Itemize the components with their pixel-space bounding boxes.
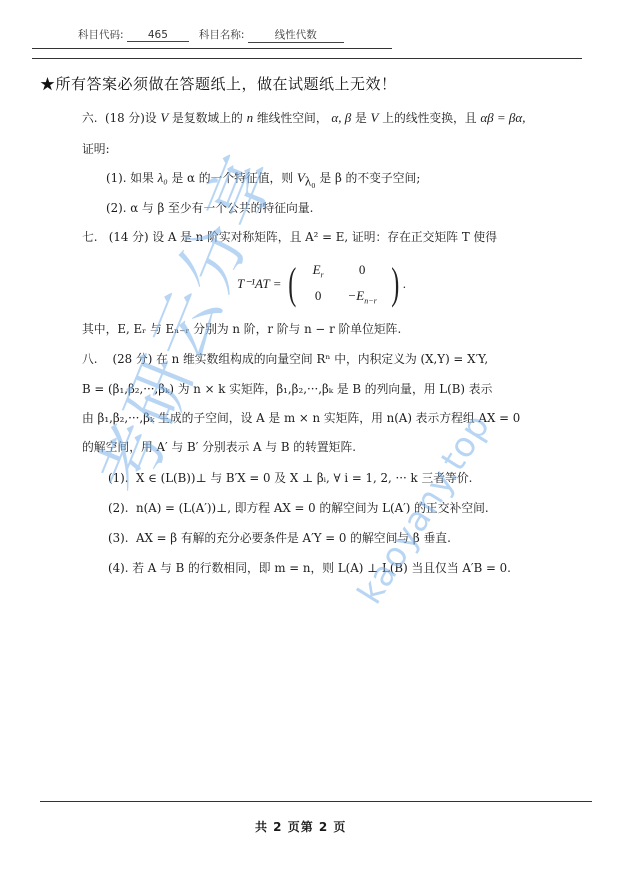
left-paren-icon: ( <box>289 262 297 306</box>
eq-lhs: T⁻¹AT = <box>237 276 281 292</box>
q7-matrix-equation: T⁻¹AT = ( Er00−En−r ) . <box>237 262 406 306</box>
q8-line-2: B = (β₁,β₂,···,βₖ) 为 n × k 实矩阵，β₁,β₂,···… <box>82 380 492 397</box>
subject-name-value: 线性代数 <box>248 27 344 43</box>
q6-text: 设 <box>145 111 161 125</box>
item-text: 如果 <box>130 171 157 185</box>
q7-note: 其中，E, Eᵣ 与 Eₙ₋ᵣ 分别为 n 阶，r 阶与 n − r 阶单位矩阵… <box>82 320 401 337</box>
item-text: 是 α 的一个特征值，则 <box>168 171 297 185</box>
item-label: (1). <box>108 471 128 485</box>
q6-prove: 证明: <box>82 140 110 157</box>
matrix: Er00−En−r <box>300 262 388 305</box>
item-text: 是 β 的不变子空间; <box>316 171 421 185</box>
math-symbol: λ₀ <box>158 170 168 185</box>
subject-code-value: 465 <box>127 29 189 42</box>
item-text: X ∈ (L(B))⊥ 与 B′X = 0 及 X ⊥ βᵢ, ∀ i = 1,… <box>136 471 472 485</box>
item-label: (2). <box>106 201 126 215</box>
eq-end: . <box>403 276 406 292</box>
header-underline <box>32 48 392 49</box>
item-text: n(A) = (L(A′))⊥, 即方程 AX = 0 的解空间为 L(A′) … <box>136 501 489 515</box>
q6-text: 维线性空间， <box>253 111 328 125</box>
item-text: AX = β 有解的充分必要条件是 A′Y = 0 的解空间与 β 垂直. <box>136 531 451 545</box>
item-label: (4). <box>108 561 128 575</box>
q6-commute-eq: αβ = βα, <box>480 110 525 125</box>
q8-line-1: 八. (28 分) 在 n 维实数组构成的向量空间 Rⁿ 中，内积定义为 (X,… <box>82 350 488 367</box>
q8-points: (28 分) <box>113 352 153 366</box>
q8-item-4: (4). 若 A 与 B 的行数相同，即 m = n，则 L(A) ⊥ L(B)… <box>108 559 511 576</box>
q6-stem: 六. (18 分)设 V 是复数域上的 n 维线性空间， α, β 是 V 上的… <box>82 109 525 126</box>
page-indicator: 共 2 页第 2 页 <box>255 818 346 835</box>
item-label: (2). <box>108 501 128 515</box>
q6-number: 六. <box>82 111 98 125</box>
q6-text: 是 <box>351 111 370 125</box>
q8-item-3: (3). AX = β 有解的充分必要条件是 A′Y = 0 的解空间与 β 垂… <box>108 529 451 546</box>
q7-text: 设 A 是 n 阶实对称矩阵，且 A² = E, 证明：存在正交矩阵 T 使得 <box>152 230 497 244</box>
q6-text: 上的线性变换，且 <box>378 111 480 125</box>
footer-divider <box>40 801 592 802</box>
q7-points: (14 分) <box>109 230 149 244</box>
right-paren-icon: ) <box>391 262 399 306</box>
q6-item-2: (2). α 与 β 至少有一个公共的特征向量. <box>106 199 313 216</box>
exam-header: 科目代码: 465 科目名称: 线性代数 <box>78 27 344 43</box>
exam-page: 科目代码: 465 科目名称: 线性代数 ★所有答案必须做在答题纸上，做在试题纸… <box>0 0 632 869</box>
q6-item-1: (1). 如果 λ₀ 是 α 的一个特征值，则 Vλ₀ 是 β 的不变子空间; <box>106 169 420 189</box>
item-text: 若 A 与 B 的行数相同，即 m = n，则 L(A) ⊥ L(B) 当且仅当… <box>132 561 511 575</box>
item-text: α 与 β 至少有一个公共的特征向量. <box>130 201 313 215</box>
item-label: (1). <box>106 171 126 185</box>
exam-notice: ★所有答案必须做在答题纸上，做在试题纸上无效！ <box>40 73 397 94</box>
q6-points: (18 分) <box>105 111 145 125</box>
q8-item-1: (1). X ∈ (L(B))⊥ 与 B′X = 0 及 X ⊥ βᵢ, ∀ i… <box>108 469 472 486</box>
subject-code-label: 科目代码: <box>78 29 124 41</box>
q7-number: 七. <box>82 230 98 244</box>
math-symbol: V <box>297 170 305 185</box>
q8-number: 八. <box>82 352 98 366</box>
q8-line-4: 的解空间，用 A′ 与 B′ 分别表示 A 与 B 的转置矩阵. <box>82 438 356 455</box>
q8-text: 在 n 维实数组构成的向量空间 Rⁿ 中，内积定义为 (X,Y) = X′Y, <box>156 352 488 366</box>
q8-item-2: (2). n(A) = (L(A′))⊥, 即方程 AX = 0 的解空间为 L… <box>108 499 489 516</box>
q6-text: 是复数域上的 <box>168 111 246 125</box>
q8-line-3: 由 β₁,β₂,···,βₖ 生成的子空间，设 A 是 m × n 实矩阵，用 … <box>82 409 520 426</box>
q7-stem: 七. (14 分) 设 A 是 n 阶实对称矩阵，且 A² = E, 证明：存在… <box>82 228 497 245</box>
subject-name-label: 科目名称: <box>199 29 245 41</box>
header-divider <box>32 58 582 59</box>
item-label: (3). <box>108 531 128 545</box>
